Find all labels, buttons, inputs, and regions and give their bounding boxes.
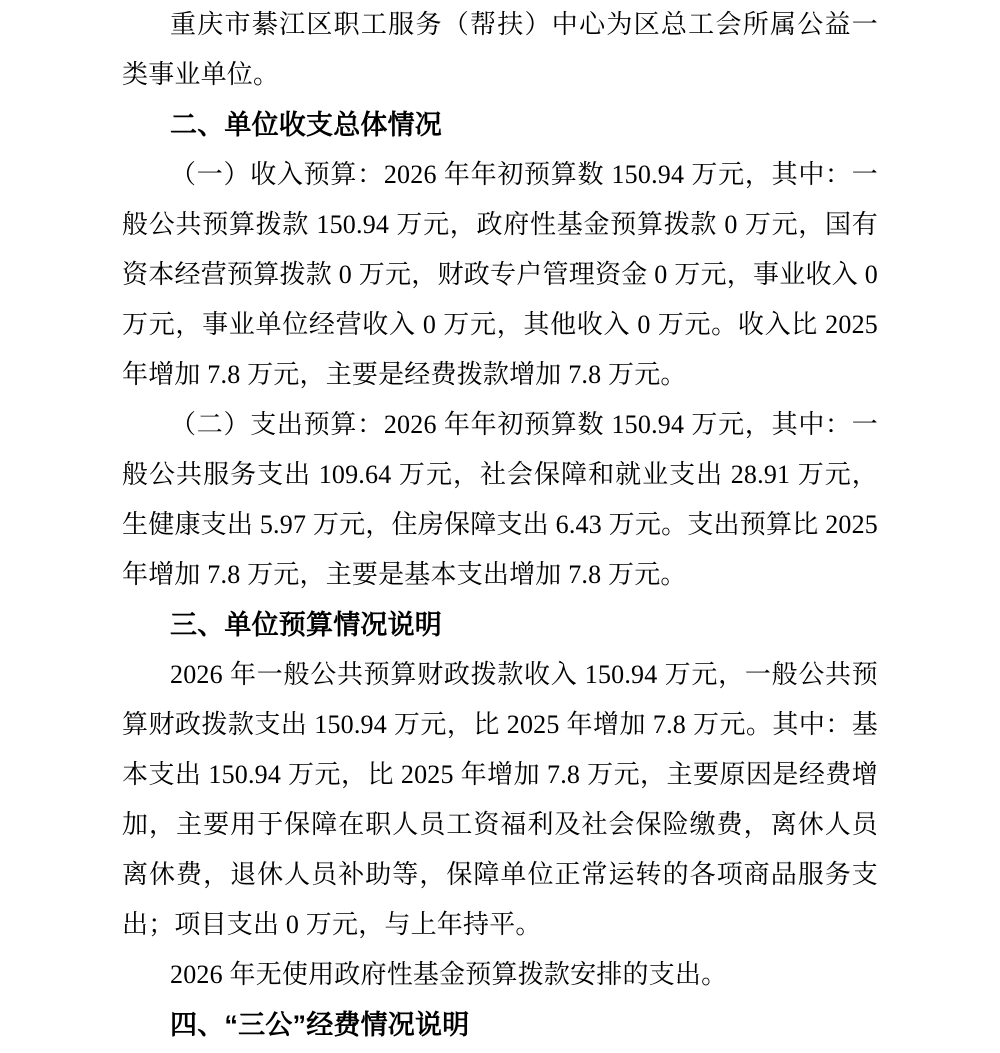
expense-budget-line-4: 年增加 7.8 万元，主要是基本支出增加 7.8 万元。	[122, 550, 878, 600]
expense-budget-line-1: （二）支出预算：2026 年年初预算数 150.94 万元，其中：一	[122, 400, 878, 450]
gov-fund-note-line: 2026 年无使用政府性基金预算拨款安排的支出。	[122, 950, 878, 1000]
income-budget-line-4: 万元，事业单位经营收入 0 万元，其他收入 0 万元。收入比 2025	[122, 300, 878, 350]
heading-section-3-budget-note: 三、单位预算情况说明	[122, 600, 878, 650]
budget-note-line-4: 加，主要用于保障在职人员工资福利及社会保险缴费，离休人员	[122, 800, 878, 850]
expense-budget-line-2: 般公共服务支出 109.64 万元，社会保障和就业支出 28.91 万元，卫	[122, 450, 878, 500]
income-budget-line-2: 般公共预算拨款 150.94 万元，政府性基金预算拨款 0 万元，国有	[122, 200, 878, 250]
budget-note-line-5: 离休费，退休人员补助等，保障单位正常运转的各项商品服务支	[122, 850, 878, 900]
budget-note-line-3: 本支出 150.94 万元，比 2025 年增加 7.8 万元，主要原因是经费增	[122, 750, 878, 800]
budget-note-line-2: 算财政拨款支出 150.94 万元，比 2025 年增加 7.8 万元。其中：基	[122, 700, 878, 750]
intro-line-2: 类事业单位。	[122, 50, 878, 100]
income-budget-line-5: 年增加 7.8 万元，主要是经费拨款增加 7.8 万元。	[122, 350, 878, 400]
intro-line-1: 重庆市綦江区职工服务（帮扶）中心为区总工会所属公益一	[122, 0, 878, 50]
heading-section-2-overview: 二、单位收支总体情况	[122, 100, 878, 150]
income-budget-line-3: 资本经营预算拨款 0 万元，财政专户管理资金 0 万元，事业收入 0	[122, 250, 878, 300]
income-budget-line-1: （一）收入预算：2026 年年初预算数 150.94 万元，其中：一	[122, 150, 878, 200]
budget-note-line-6: 出；项目支出 0 万元，与上年持平。	[122, 900, 878, 950]
document-page: 重庆市綦江区职工服务（帮扶）中心为区总工会所属公益一 类事业单位。 二、单位收支…	[122, 0, 878, 1050]
heading-section-4-three-public: 四、“三公”经费情况说明	[122, 1000, 878, 1050]
expense-budget-line-3: 生健康支出 5.97 万元，住房保障支出 6.43 万元。支出预算比 2025	[122, 500, 878, 550]
budget-note-line-1: 2026 年一般公共预算财政拨款收入 150.94 万元，一般公共预	[122, 650, 878, 700]
